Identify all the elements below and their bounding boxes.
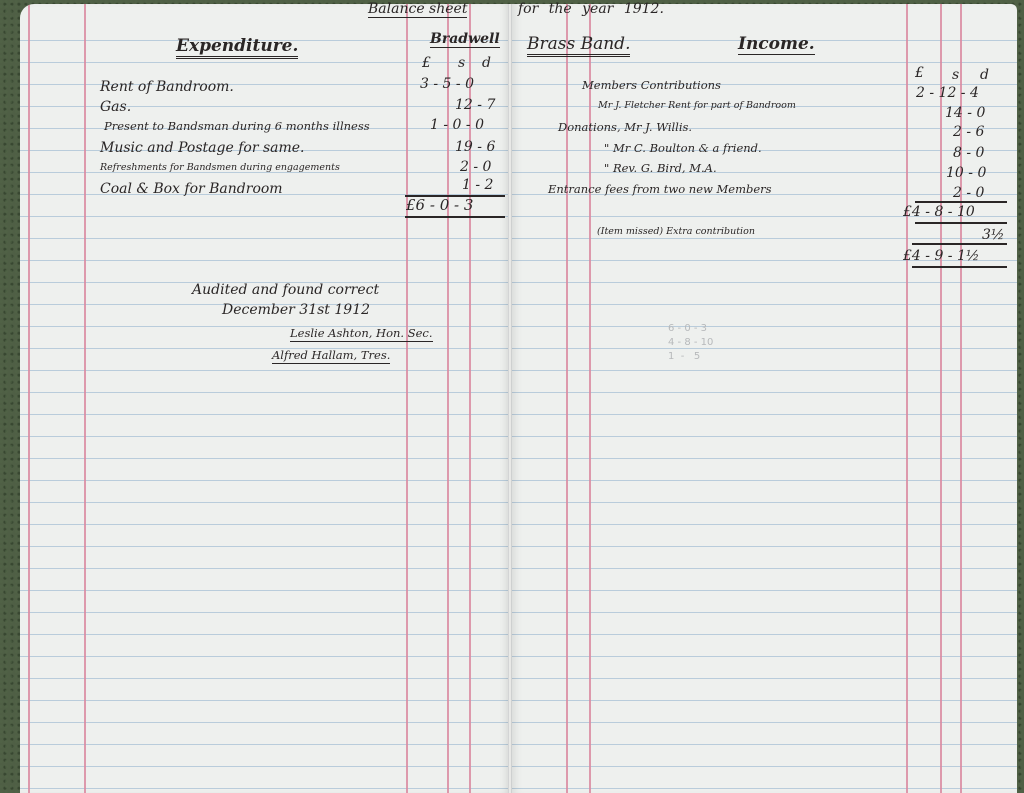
expense-label: Present to Bandsman during 6 months illn…	[104, 121, 370, 133]
expense-label: Music and Postage for same.	[100, 141, 305, 155]
income-amount: 2 - 12 - 4	[916, 86, 1006, 100]
income-amount: 8 - 0	[953, 146, 1013, 160]
expense-label: Gas.	[100, 100, 131, 114]
income-subtotal: £4 - 8 - 10	[903, 205, 975, 219]
pencil-notes: 6 - 0 - 3 4 - 8 - 10 1 - 5	[668, 322, 713, 364]
expense-label: Rent of Bandroom.	[100, 80, 234, 94]
expense-label: Coal & Box for Bandroom	[100, 182, 283, 196]
total-rule	[912, 266, 1007, 268]
extra-item-value: 3½	[982, 228, 1004, 242]
col-pounds: £	[915, 66, 924, 80]
expenditure-total: £6 - 0 - 3	[406, 198, 473, 213]
audit-statement: Audited and found correct	[192, 283, 379, 297]
ledger-name-right: Brass Band.	[527, 36, 630, 57]
income-label: Mr J. Fletcher Rent for part of Bandroom	[598, 101, 796, 111]
income-label: " Mr C. Boulton & a friend.	[604, 143, 762, 155]
expense-amount: 12 - 7	[455, 98, 505, 112]
col-pounds: £	[422, 56, 431, 70]
income-heading: Income.	[738, 36, 815, 55]
income-total: £4 - 9 - 1½	[903, 249, 979, 263]
extra-item-label: (Item missed) Extra contribution	[597, 227, 755, 237]
col-shillings: s	[952, 68, 959, 82]
income-label: Donations, Mr J. Willis.	[558, 122, 692, 134]
margin-line	[28, 4, 30, 793]
expense-label: Refreshments for Bandsmen during engagem…	[100, 163, 340, 173]
pence-column-line	[960, 4, 962, 793]
total-rule	[912, 243, 1007, 245]
col-pence: d	[482, 56, 491, 70]
income-label: " Rev. G. Bird, M.A.	[604, 163, 717, 175]
expense-amount: 1 - 2	[462, 178, 512, 192]
income-amount: 14 - 0	[945, 106, 1005, 120]
income-amount: 2 - 6	[953, 125, 1013, 139]
shillings-column-line	[940, 4, 942, 793]
signature-secretary: Leslie Ashton, Hon. Sec.	[290, 328, 433, 342]
expense-amount: 1 - 0 - 0	[430, 118, 510, 132]
expenditure-heading: Expenditure.	[176, 38, 298, 59]
title-right: for the year 1912.	[518, 2, 664, 16]
expense-amount: 2 - 0	[460, 160, 510, 174]
pounds-column-line	[406, 4, 408, 793]
title-left: Balance sheet	[368, 2, 467, 18]
expense-amount: 19 - 6	[455, 140, 505, 154]
total-rule	[405, 216, 505, 218]
subtotal-rule	[915, 222, 1007, 224]
col-pence: d	[980, 68, 989, 82]
income-label: Members Contributions	[582, 80, 721, 92]
expense-amount: 3 - 5 - 0	[420, 77, 500, 91]
income-amount: 10 - 0	[946, 166, 1006, 180]
subtotal-rule	[915, 201, 1007, 203]
pounds-column-line	[906, 4, 908, 793]
margin-line	[84, 4, 86, 793]
audit-date: December 31st 1912	[222, 303, 370, 317]
income-label: Entrance fees from two new Members	[548, 184, 772, 196]
col-shillings: s	[458, 56, 465, 70]
signature-treasurer: Alfred Hallam, Tres.	[272, 350, 390, 364]
ledger-name-left: Bradwell	[430, 32, 500, 48]
income-amount: 2 - 0	[953, 186, 1013, 200]
